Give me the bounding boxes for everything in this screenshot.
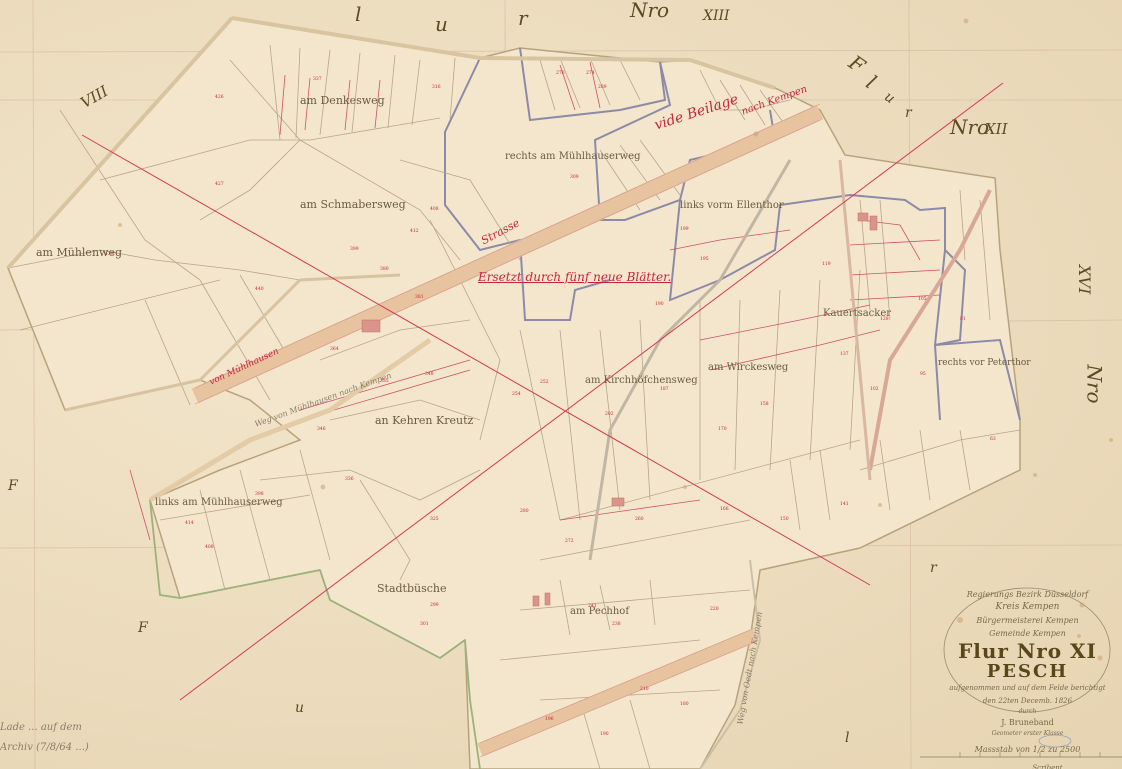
svg-text:408: 408	[205, 544, 214, 550]
cartouche-aufgenommen: aufgenommen und auf dem Felde berichtigt	[940, 682, 1115, 695]
svg-text:280: 280	[520, 508, 529, 514]
cartouche-durch: durch	[940, 708, 1115, 716]
svg-text:380: 380	[380, 266, 389, 272]
field-name-wirckesweg: am Wirckesweg	[708, 362, 788, 373]
svg-text:427: 427	[215, 181, 224, 187]
flur-letter-l: l	[355, 2, 361, 26]
cartouche-surveyor: J. Bruneband	[940, 716, 1115, 729]
svg-text:199: 199	[680, 226, 689, 232]
svg-text:412: 412	[410, 228, 419, 234]
cartouche-kreis: Kreis Kempen	[940, 601, 1115, 614]
cartouche: Regierungs Bezirk Düsseldorf Kreis Kempe…	[940, 588, 1115, 769]
flur-nro-top: Nro	[630, 0, 669, 22]
svg-text:210: 210	[640, 686, 649, 692]
cartouche-name: PESCH	[940, 662, 1115, 682]
svg-text:95: 95	[920, 371, 926, 377]
svg-text:195: 195	[700, 256, 709, 262]
flur-right-nro: Nro	[950, 115, 989, 139]
flur-bottom-letter-r: r	[930, 560, 937, 576]
svg-text:180: 180	[680, 701, 689, 707]
field-name-kehren-kreutz: an Kehren Kreutz	[375, 414, 473, 427]
field-name-kirchhoefchensweg: am Kirchhöfchensweg	[585, 375, 698, 386]
svg-text:289: 289	[598, 84, 607, 90]
flur-bottom-letter-u: u	[295, 700, 304, 716]
svg-text:137: 137	[840, 351, 849, 357]
field-name-muehlenweg: am Mühlenweg	[36, 246, 122, 259]
field-name-denkesweg: am Denkesweg	[300, 94, 385, 107]
field-name-pechhof: am Pechhof	[570, 606, 629, 617]
flur-bottom-letter-l: l	[845, 730, 849, 746]
svg-text:158: 158	[760, 401, 769, 407]
svg-text:102: 102	[870, 386, 879, 392]
svg-text:316: 316	[432, 84, 441, 90]
flur-right-side-nro: Nro	[1083, 364, 1107, 403]
svg-text:252: 252	[540, 379, 549, 385]
svg-text:202: 202	[605, 411, 614, 417]
svg-text:325: 325	[430, 516, 439, 522]
svg-text:414: 414	[185, 520, 194, 526]
svg-text:301: 301	[420, 621, 429, 627]
field-name-links-vorm-ellenthor: links vorm Ellenthor	[680, 200, 784, 211]
svg-text:190: 190	[600, 731, 609, 737]
svg-text:220: 220	[710, 606, 719, 612]
field-name-links-muehlhauserweg: links am Mühlhauserweg	[155, 497, 283, 508]
svg-text:141: 141	[840, 501, 849, 507]
svg-text:346: 346	[317, 426, 326, 432]
svg-text:426: 426	[215, 94, 224, 100]
cartouche-buergermeisterei: Bürgermeisterei Kempen	[940, 614, 1115, 627]
svg-text:238: 238	[612, 621, 621, 627]
margin-note-line2: Archiv (7/8/64 ...)	[0, 742, 89, 753]
svg-text:381: 381	[415, 294, 424, 300]
svg-text:364: 364	[330, 346, 339, 352]
cadastral-map: 426337316 270274289 309408412 427439440 …	[0, 0, 1122, 769]
svg-text:309: 309	[570, 174, 579, 180]
svg-text:170: 170	[718, 426, 727, 432]
flur-xvi-label: XVI	[1075, 265, 1094, 294]
flur-letter-r: r	[518, 6, 528, 30]
flur-xiii-label: XIII	[703, 8, 730, 24]
svg-text:408: 408	[430, 206, 439, 212]
field-name-rechts-muehlhauserweg: rechts am Mühlhauserweg	[505, 151, 641, 162]
svg-text:105: 105	[918, 296, 927, 302]
svg-text:190: 190	[655, 301, 664, 307]
svg-text:196: 196	[545, 716, 554, 722]
cartouche-scale: Massstab von 1/2 zu 2500	[940, 743, 1115, 756]
flur-xii-label: XII	[985, 120, 1008, 138]
svg-text:166: 166	[720, 506, 729, 512]
flur-bottom-letter-f: F	[138, 620, 148, 636]
svg-text:81: 81	[960, 316, 966, 322]
svg-text:299: 299	[430, 602, 439, 608]
field-name-rechts-vor-peterthor: rechts vor Peterthor	[938, 358, 1031, 368]
svg-text:399: 399	[350, 246, 359, 252]
cartouche-signature: Scribent	[980, 762, 1115, 769]
field-name-stadtbuesche: Stadtbüsche	[377, 582, 447, 595]
svg-text:440: 440	[255, 286, 264, 292]
cartouche-geometer: Geometer erster Klasse	[940, 729, 1115, 739]
svg-text:336: 336	[345, 476, 354, 482]
svg-text:260: 260	[635, 516, 644, 522]
svg-text:274: 274	[586, 70, 595, 76]
svg-text:150: 150	[780, 516, 789, 522]
flur-bottom-left-f: F	[8, 478, 18, 494]
svg-text:272: 272	[565, 538, 574, 544]
margin-note-line1: Lade ... auf dem	[0, 722, 82, 733]
svg-text:348: 348	[425, 371, 434, 377]
svg-text:119: 119	[822, 261, 831, 267]
svg-text:270: 270	[556, 70, 565, 76]
flur-right-letter-r: r	[905, 105, 912, 121]
cartouche-date: den 22ten Decemb. 1826	[940, 695, 1115, 708]
cartouche-regierungsbezirk: Regierungs Bezirk Düsseldorf	[940, 588, 1115, 601]
svg-text:187: 187	[660, 386, 669, 392]
svg-text:63: 63	[990, 436, 996, 442]
flur-letter-u: u	[435, 12, 448, 36]
svg-text:337: 337	[313, 76, 322, 82]
field-name-kauertsacker: Kauertsacker	[823, 308, 891, 319]
annotation-ersetzt-durch-fuenf-neue-blaetter: Ersetzt durch fünf neue Blätter.	[478, 270, 671, 284]
svg-text:254: 254	[512, 391, 521, 397]
field-name-schmabersweg: am Schmabersweg	[300, 198, 406, 211]
cartouche-title: Flur Nro XI	[940, 640, 1115, 662]
